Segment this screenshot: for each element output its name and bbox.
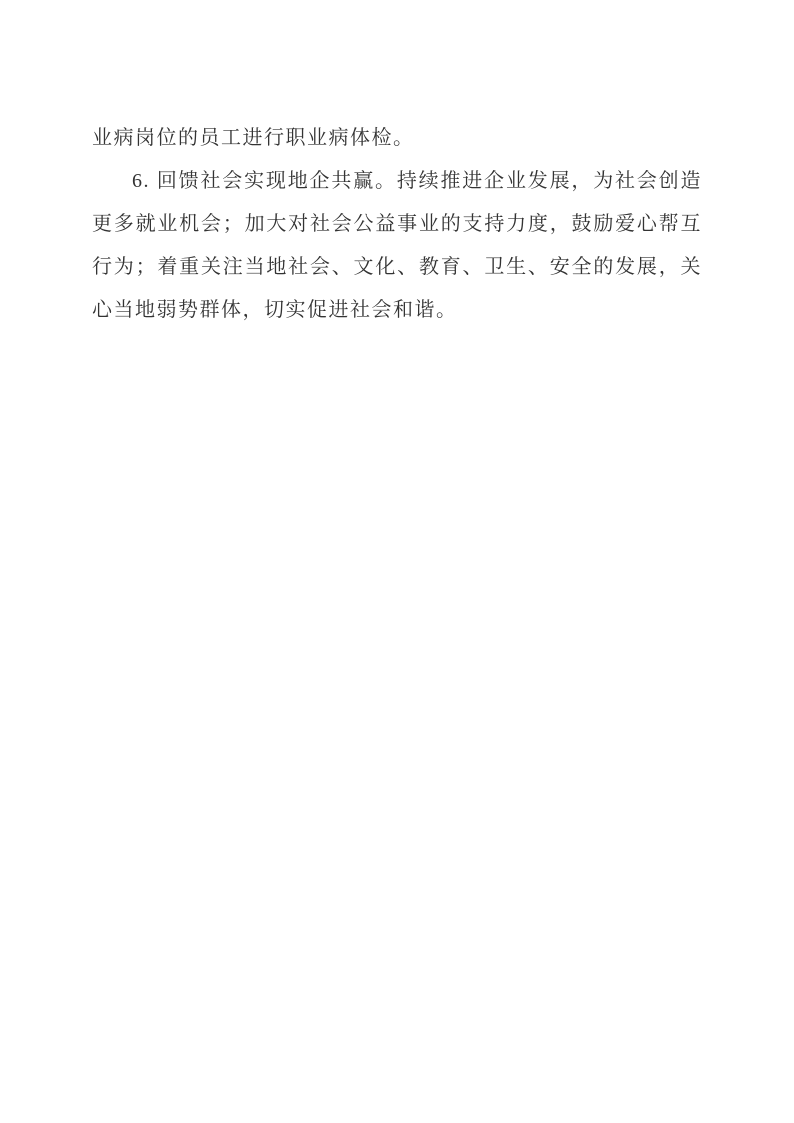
document-page: 业病岗位的员工进行职业病体检。 6. 回馈社会实现地企共赢。持续推进企业发展，为…	[0, 0, 794, 1123]
document-body-text: 业病岗位的员工进行职业病体检。 6. 回馈社会实现地企共赢。持续推进企业发展，为…	[92, 117, 702, 332]
paragraph-item-6: 6. 回馈社会实现地企共赢。持续推进企业发展，为社会创造更多就业机会；加大对社会…	[92, 160, 702, 332]
paragraph-continuation: 业病岗位的员工进行职业病体检。	[92, 117, 702, 160]
